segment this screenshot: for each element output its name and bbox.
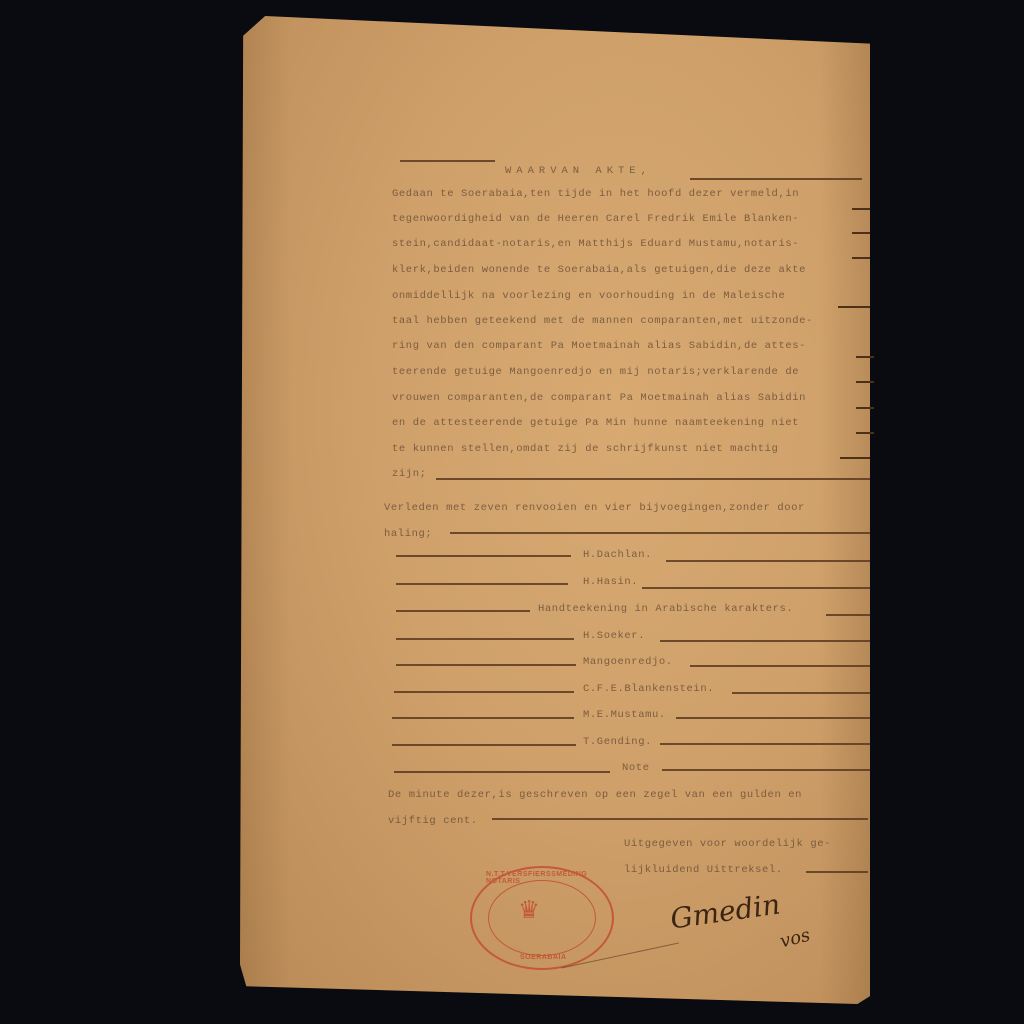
sig-rule-right xyxy=(660,743,870,745)
body-line: klerk,beiden wonende te Soerabaia,als ge… xyxy=(392,264,806,276)
signature-name: H.Hasin. xyxy=(583,576,638,588)
sig-rule-left xyxy=(396,638,574,640)
verleden-line: Verleden met zeven renvooien en vier bij… xyxy=(384,502,805,514)
signature-name: M.E.Mustamu. xyxy=(583,709,666,721)
margin-tick xyxy=(852,208,870,210)
body-line: Gedaan te Soerabaia,ten tijde in het hoo… xyxy=(392,188,799,200)
margin-tick xyxy=(852,232,870,234)
sig-rule-right xyxy=(666,560,870,562)
sig-rule-left xyxy=(392,744,576,746)
margin-tick xyxy=(856,432,874,434)
margin-tick xyxy=(856,356,874,358)
fill-rule xyxy=(806,871,868,873)
body-line: zijn; xyxy=(392,468,427,480)
sig-rule-left xyxy=(396,555,571,557)
seal-top-text: N.T.T.VERSFIERSSMEDING NOTARIS xyxy=(486,871,612,885)
document-title: WAARVAN AKTE, xyxy=(505,165,652,177)
fill-rule xyxy=(450,532,870,534)
body-line: en de attesteerende getuige Pa Min hunne… xyxy=(392,417,799,429)
sig-rule-left xyxy=(394,771,610,773)
signature-name: H.Soeker. xyxy=(583,630,645,642)
sig-rule-right xyxy=(676,717,870,719)
seal-bottom-text: SOERABAIA xyxy=(520,954,567,961)
sig-rule-left xyxy=(396,583,568,585)
body-line: taal hebben geteekend met de mannen comp… xyxy=(392,315,813,327)
minute-line: De minute dezer,is geschreven op een zeg… xyxy=(388,789,802,801)
margin-tick xyxy=(852,257,870,259)
sig-rule-left xyxy=(396,610,530,612)
signature-name: T.Gending. xyxy=(583,736,652,748)
margin-tick xyxy=(840,457,870,459)
body-line: te kunnen stellen,omdat zij de schrijfku… xyxy=(392,443,778,455)
body-line: stein,candidaat-notaris,en Matthijs Edua… xyxy=(392,238,799,250)
fill-rule xyxy=(436,478,870,480)
signature-name: Mangoenredjo. xyxy=(583,656,673,668)
sig-rule-left xyxy=(392,717,574,719)
issued-line: Uitgegeven voor woordelijk ge- xyxy=(624,838,831,850)
title-rule-left xyxy=(400,160,495,162)
title-rule-right xyxy=(690,178,862,180)
signature-name: H.Dachlan. xyxy=(583,549,652,561)
sig-rule-right xyxy=(660,640,870,642)
crest-icon: ♛ xyxy=(520,896,538,926)
margin-tick xyxy=(838,306,870,308)
body-line: tegenwoordigheid van de Heeren Carel Fre… xyxy=(392,213,799,225)
issued-line: lijkluidend Uittreksel. xyxy=(624,864,783,876)
verleden-line: haling; xyxy=(384,528,432,540)
margin-tick xyxy=(856,381,874,383)
body-line: ring van den comparant Pa Moetmainah ali… xyxy=(392,340,806,352)
fill-rule xyxy=(492,818,868,820)
signature-name: Handteekening in Arabische karakters. xyxy=(538,603,793,615)
sig-rule-right xyxy=(690,665,870,667)
sig-rule-left xyxy=(396,664,576,666)
minute-line: vijftig cent. xyxy=(388,815,478,827)
notary-seal: N.T.T.VERSFIERSSMEDING NOTARIS ♛ SOERABA… xyxy=(470,866,614,970)
sig-rule-left xyxy=(394,691,574,693)
sig-rule-right xyxy=(662,769,870,771)
body-line: vrouwen comparanten,de comparant Pa Moet… xyxy=(392,392,806,404)
signature-name: C.F.E.Blankenstein. xyxy=(583,683,714,695)
signature-name: Note xyxy=(622,762,650,774)
margin-tick xyxy=(856,407,874,409)
sig-rule-right xyxy=(732,692,870,694)
body-line: teerende getuige Mangoenredjo en mij not… xyxy=(392,366,799,378)
body-line: onmiddellijk na voorlezing en voorhoudin… xyxy=(392,290,785,302)
sig-rule-right xyxy=(642,587,870,589)
sig-rule-right xyxy=(826,614,870,616)
